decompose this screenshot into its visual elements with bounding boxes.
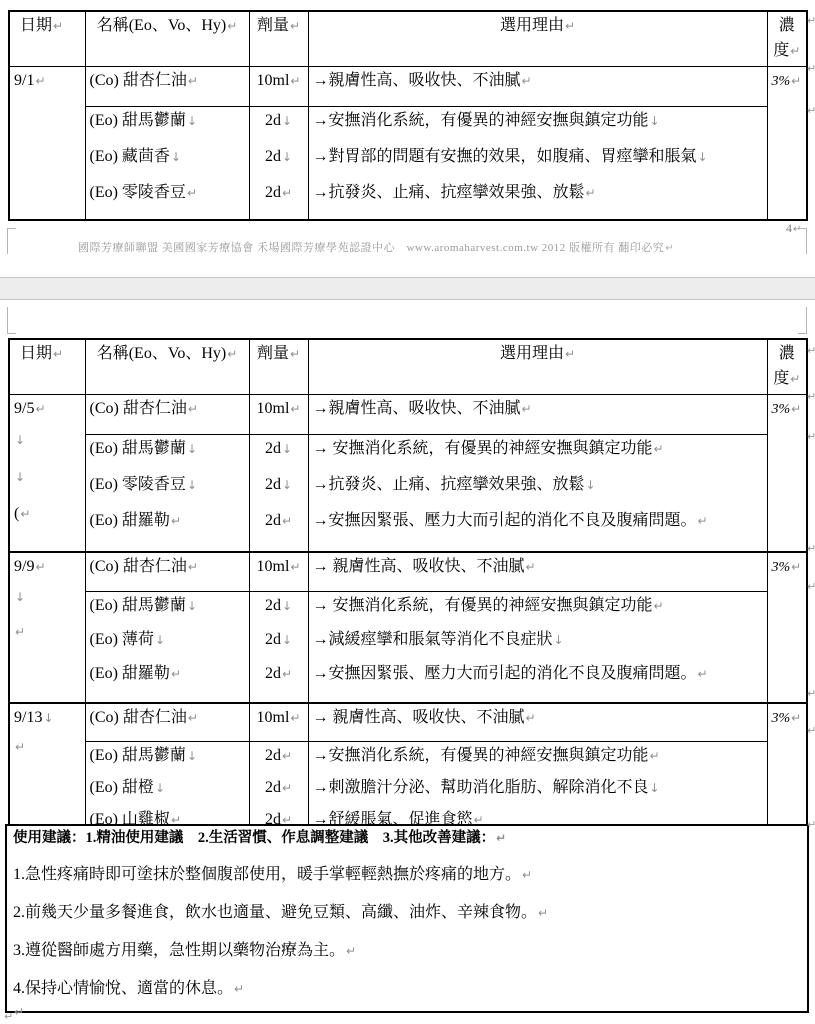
oil-dose-text: 2d (265, 747, 281, 764)
pilcrow-mark: ↵ (789, 372, 800, 386)
advice-item-1: 1.急性疼痛時即可塗抹於整個腹部使用，暖手掌輕輕熱撫於疼痛的地方。↵ (13, 863, 801, 887)
pilcrow-mark: ↵ (52, 347, 63, 361)
oil-name: (Eo) 零陵香豆↓ (90, 473, 245, 509)
header-conc-line1: 濃 (772, 342, 803, 367)
carrier-name-cell: (Co) 甜杏仁油↵ (85, 552, 249, 592)
oil-reason: → 安撫消化系統，有優異的神經安撫與鎮定功能↵ (313, 594, 763, 628)
linebreak-mark: ↓ (281, 150, 292, 164)
oil-name-text: (Eo) 藏茴香 (90, 148, 170, 165)
oil-reason: →刺激膽汁分泌、幫助消化脂肪、解除消化不良↓ (313, 776, 763, 808)
linebreak-mark: ↓ (281, 599, 292, 613)
oil-reason-text: →安撫消化系統，有優異的神經安撫與鎮定功能 (313, 747, 649, 764)
linebreak-mark: ↓ (281, 633, 292, 647)
oil-reasons-cell: → 安撫消化系統，有優異的神經安撫與鎮定功能↵ →抗發炎、止痛、抗痙攣效果強、放… (308, 434, 767, 552)
linebreak-mark: ↓ (585, 478, 596, 492)
oil-reason-text: →抗發炎、止痛、抗痙攣效果強、放鬆 (313, 476, 585, 493)
text-boundary-mark (7, 228, 16, 229)
oil-reason-text: →抗發炎、止痛、抗痙攣效果強、放鬆 (313, 184, 585, 201)
oil-reason-text: →安撫因緊張、壓力大而引起的消化不良及腹痛問題。 (313, 512, 697, 529)
pilcrow-mark: ↵ (789, 44, 800, 58)
oil-dose: 2d↓ (254, 437, 304, 473)
oil-name: (Eo) 薄荷↓ (90, 628, 245, 662)
text-boundary-mark (806, 228, 807, 254)
oil-dose: 2d↵ (254, 776, 304, 808)
pilcrow-mark: ↵ (495, 831, 506, 845)
pilcrow-mark: ↵ (170, 667, 181, 681)
oil-reason: →安撫消化系統，有優異的神經安撫與鎮定功能↵ (313, 744, 763, 776)
carrier-dose: 10ml (257, 558, 290, 575)
linebreak-mark: ↓ (649, 114, 660, 128)
oil-dose: 2d↓ (254, 145, 304, 181)
pilcrow-mark: ↵ (226, 19, 237, 33)
carrier-reason: → 親膚性高、吸收快、不油膩 (313, 558, 525, 575)
header-reason: 選用理由↵ (308, 339, 767, 394)
carrier-reason-cell: →親膚性高、吸收快、不油膩↵ (308, 66, 767, 106)
oil-dose: 2d↓ (254, 473, 304, 509)
header-conc-char: 度 (773, 42, 789, 59)
carrier-name: (Co) 甜杏仁油 (90, 558, 187, 575)
linebreak-mark: ↓ (14, 590, 25, 604)
usage-advice-box: 使用建議：1.精油使用建議 2.生活習慣、作息調整建議 3.其他改善建議：↵ 1… (5, 824, 809, 1013)
linebreak-mark: ↓ (186, 442, 197, 456)
carrier-name-cell: (Co) 甜杏仁油↵ (85, 66, 249, 106)
header-reason-label: 選用理由 (500, 345, 564, 362)
pilcrow-mark: ↵ (564, 347, 575, 361)
advice-item-text: 1.急性疼痛時即可塗抹於整個腹部使用，暖手掌輕輕熱撫於疼痛的地方。 (13, 866, 521, 883)
oil-reason: →安撫因緊張、壓力大而引起的消化不良及腹痛問題。↵ (313, 662, 763, 696)
linebreak-mark: ↓ (154, 781, 165, 795)
row-end-mark: ↵ (807, 14, 815, 27)
pilcrow-mark: ↵ (289, 19, 300, 33)
oil-reason: → 安撫消化系統，有優異的神經安撫與鎮定功能↵ (313, 437, 763, 473)
oil-names-cell: (Eo) 甜馬鬱蘭↓ (Eo) 零陵香豆↓ (Eo) 甜羅勒↵ (85, 434, 249, 552)
carrier-reason-cell: → 親膚性高、吸收快、不油膩↵ (308, 552, 767, 592)
oil-dose: 2d↵ (254, 509, 304, 545)
concentration-cell: 3%↵ (767, 394, 807, 552)
pilcrow-mark: ↵ (345, 944, 356, 958)
date-value: 9/1 (14, 72, 34, 89)
date-line: ↓ (14, 585, 81, 620)
pilcrow-mark: ↵ (4, 1010, 13, 1023)
carrier-dose-cell: 10ml↵ (249, 552, 308, 592)
date-cell: 9/9↵ ↓ ↵ (9, 552, 85, 703)
header-dose-label: 劑量 (257, 17, 289, 34)
header-concentration: 濃 度↵ (767, 339, 807, 394)
linebreak-mark: ↓ (281, 114, 292, 128)
oil-dose: 2d↓ (254, 109, 304, 145)
carrier-name: (Co) 甜杏仁油 (90, 709, 187, 726)
oil-name-text: (Eo) 甜馬鬱蘭 (90, 597, 186, 614)
footer-text: 國際芳療師聯盟 美國國家芳療協會 禾場國際芳療學苑認證中心 www.aromah… (78, 242, 664, 254)
linebreak-mark: ↓ (42, 711, 53, 725)
oil-reason-text: →減緩痙攣和脹氣等消化不良症狀 (313, 631, 553, 648)
oil-reason-text: →安撫消化系統，有優異的神經安撫與鎮定功能 (313, 112, 649, 129)
date-line: ↵ (14, 620, 81, 655)
pilcrow-mark: ↵ (19, 507, 30, 521)
table2-group2-oils-row: (Eo) 甜馬鬱蘭↓ (Eo) 薄荷↓ (Eo) 甜羅勒↵ 2d↓ 2d↓ 2d… (9, 591, 807, 703)
oil-name: (Eo) 甜橙↓ (90, 776, 245, 808)
oil-name: (Eo) 零陵香豆↵ (90, 181, 245, 217)
table1-header-row: 日期↵ 名稱(Eo、Vo、Hy)↵ 劑量↵ 選用理由↵ 濃 度↵ (9, 11, 807, 66)
oil-dose-text: 2d (265, 597, 281, 614)
pilcrow-mark: ↵ (585, 186, 596, 200)
header-conc-line1: 濃 (772, 14, 803, 39)
oil-dose-text: 2d (265, 112, 281, 129)
oil-doses-cell: 2d↓ 2d↓ 2d↵ (249, 591, 308, 703)
date-line: ↓ (14, 465, 81, 502)
carrier-reason-cell: → 親膚性高、吸收快、不油膩↵ (308, 703, 767, 742)
header-date: 日期↵ (9, 11, 85, 66)
row-end-mark: ↵ (807, 390, 815, 403)
pilcrow-mark: ↵ (790, 402, 801, 416)
concentration-value: 3% (772, 560, 791, 575)
oil-name-text: (Eo) 零陵香豆 (90, 476, 186, 493)
advice-item-2: 2.前幾天少量多餐進食，飲水也適量、避免豆類、高纖、油炸、辛辣食物。↵ (13, 901, 801, 925)
oil-reason: →安撫因緊張、壓力大而引起的消化不良及腹痛問題。↵ (313, 509, 763, 545)
pilcrow-mark: ↵ (289, 347, 300, 361)
linebreak-mark: ↓ (281, 478, 292, 492)
oil-reason-text: → 安撫消化系統，有優異的神經安撫與鎮定功能 (313, 597, 653, 614)
header-conc-char: 度 (773, 370, 789, 387)
pilcrow-mark: ↵ (14, 740, 25, 754)
oil-reason-text: → 安撫消化系統，有優異的神經安撫與鎮定功能 (313, 440, 653, 457)
oil-dose-text: 2d (265, 184, 281, 201)
oil-name-text: (Eo) 甜羅勒 (90, 512, 170, 529)
linebreak-mark: ↓ (186, 749, 197, 763)
header-reason: 選用理由↵ (308, 11, 767, 66)
carrier-dose: 10ml (257, 709, 290, 726)
pilcrow-mark: ↵ (664, 243, 674, 254)
oil-reason: →抗發炎、止痛、抗痙攣效果強、放鬆↓ (313, 473, 763, 509)
linebreak-mark: ↓ (170, 150, 181, 164)
pilcrow-mark: ↵ (790, 711, 801, 725)
pilcrow-mark: ↵ (233, 982, 244, 996)
pilcrow-mark: ↵ (525, 560, 536, 574)
oil-reason-text: →對胃部的問題有安撫的效果，如腹痛、胃痙攣和脹氣 (313, 148, 697, 165)
pilcrow-mark: ↵ (790, 74, 801, 88)
oil-dose-text: 2d (265, 476, 281, 493)
header-name-label: 名稱(Eo、Vo、Hy) (97, 17, 226, 34)
advice-trailing-paragraph: ↵ (13, 1003, 801, 1021)
carrier-reason: →親膚性高、吸收快、不油膩 (313, 72, 521, 89)
table2-group1-oils-row: (Eo) 甜馬鬱蘭↓ (Eo) 零陵香豆↓ (Eo) 甜羅勒↵ 2d↓ 2d↓ … (9, 434, 807, 552)
pilcrow-mark: ↵ (187, 74, 198, 88)
oil-name-text: (Eo) 甜橙 (90, 779, 154, 796)
header-date-label: 日期 (20, 345, 52, 362)
oil-reason-text: →刺激膽汁分泌、幫助消化脂肪、解除消化不良 (313, 779, 649, 796)
oil-reasons-cell: → 安撫消化系統，有優異的神經安撫與鎮定功能↵ →減緩痙攣和脹氣等消化不良症狀↓… (308, 591, 767, 703)
oil-name-text: (Eo) 甜羅勒 (90, 665, 170, 682)
table2-group2-carrier-row: 9/9↵ ↓ ↵ (Co) 甜杏仁油↵ 10ml↵ → 親膚性高、吸收快、不油膩… (9, 552, 807, 592)
header-name: 名稱(Eo、Vo、Hy)↵ (85, 339, 249, 394)
oil-reason: →安撫消化系統，有優異的神經安撫與鎮定功能↓ (313, 109, 763, 145)
date-cell: 9/1↵ (9, 66, 85, 220)
concentration-cell: 3%↵ (767, 66, 807, 220)
linebreak-mark: ↓ (281, 442, 292, 456)
oil-doses-cell: 2d↓ 2d↓ 2d↵ (249, 106, 308, 220)
row-end-mark: ↵ (807, 104, 815, 117)
pilcrow-mark: ↵ (281, 514, 292, 528)
pilcrow-mark: ↵ (52, 19, 63, 33)
pilcrow-mark: ↵ (186, 186, 197, 200)
oil-name-text: (Eo) 甜馬鬱蘭 (90, 747, 186, 764)
carrier-dose: 10ml (257, 72, 290, 89)
advice-item-4: 4.保持心情愉悅、適當的休息。↵ (13, 977, 801, 1001)
pilcrow-mark: ↵ (187, 402, 198, 416)
linebreak-mark: ↓ (553, 633, 564, 647)
header-conc-line2: 度↵ (772, 39, 803, 64)
pilcrow-mark: ↵ (289, 711, 300, 725)
pilcrow-mark: ↵ (14, 625, 25, 639)
advice-item-3: 3.遵從醫師處方用藥，急性期以藥物治療為主。↵ (13, 939, 801, 963)
carrier-reason: →親膚性高、吸收快、不油膩 (313, 400, 521, 417)
oil-dose-text: 2d (265, 779, 281, 796)
pilcrow-mark: ↵ (289, 560, 300, 574)
carrier-reason: → 親膚性高、吸收快、不油膩 (313, 709, 525, 726)
oil-reason: →減緩痙攣和脹氣等消化不良症狀↓ (313, 628, 763, 662)
oil-dose-text: 2d (265, 148, 281, 165)
header-date: 日期↵ (9, 339, 85, 394)
header-name: 名稱(Eo、Vo、Hy)↵ (85, 11, 249, 66)
oil-name-text: (Eo) 甜馬鬱蘭 (90, 440, 186, 457)
row-end-mark: ↵ (807, 818, 815, 831)
header-dose-label: 劑量 (257, 345, 289, 362)
oil-reason: →對胃部的問題有安撫的效果，如腹痛、胃痙攣和脹氣↓ (313, 145, 763, 181)
linebreak-mark: ↓ (186, 599, 197, 613)
date-value: 9/9 (14, 558, 34, 575)
carrier-name-cell: (Co) 甜杏仁油↵ (85, 703, 249, 742)
table2-group1-carrier-row: 9/5↵ ↓ ↓ (↵ (Co) 甜杏仁油↵ 10ml↵ →親膚性高、吸收快、不… (9, 394, 807, 434)
carrier-name: (Co) 甜杏仁油 (90, 72, 187, 89)
pilcrow-mark: ↵ (34, 560, 45, 574)
pilcrow-mark: ↵ (521, 74, 532, 88)
pilcrow-mark: ↵ (697, 514, 708, 528)
carrier-dose-cell: 10ml↵ (249, 66, 308, 106)
concentration-cell: 3%↵ (767, 552, 807, 703)
carrier-name: (Co) 甜杏仁油 (90, 400, 187, 417)
oil-name-text: (Eo) 薄荷 (90, 631, 154, 648)
text-boundary-mark (7, 333, 16, 334)
advice-item-text: 4.保持心情愉悅、適當的休息。 (13, 980, 233, 997)
pilcrow-mark: ↵ (226, 347, 237, 361)
pilcrow-mark: ↵ (653, 599, 664, 613)
row-end-mark: ↵ (807, 344, 815, 357)
date-line: ↓ (14, 428, 81, 465)
carrier-dose: 10ml (257, 400, 290, 417)
oil-name: (Eo) 甜馬鬱蘭↓ (90, 744, 245, 776)
oil-name: (Eo) 甜馬鬱蘭↓ (90, 594, 245, 628)
oil-name-text: (Eo) 零陵香豆 (90, 184, 186, 201)
oil-reasons-cell: →安撫消化系統，有優異的神經安撫與鎮定功能↓ →對胃部的問題有安撫的效果，如腹痛… (308, 106, 767, 220)
linebreak-mark: ↓ (697, 150, 708, 164)
linebreak-mark: ↓ (154, 633, 165, 647)
pilcrow-mark: ↵ (653, 442, 664, 456)
header-concentration: 濃 度↵ (767, 11, 807, 66)
text-boundary-mark (7, 307, 8, 333)
oil-reason: →抗發炎、止痛、抗痙攣效果強、放鬆↵ (313, 181, 763, 217)
header-reason-label: 選用理由 (500, 17, 564, 34)
page-footer: 國際芳療師聯盟 美國國家芳療協會 禾場國際芳療學苑認證中心 www.aromah… (78, 239, 758, 255)
advice-item-text: 2.前幾天少量多餐進食，飲水也適量、避免豆類、高纖、油炸、辛辣食物。 (13, 904, 537, 921)
oil-table-page2: 日期↵ 名稱(Eo、Vo、Hy)↵ 劑量↵ 選用理由↵ 濃 度↵ 9/5↵ ↓ … (8, 338, 808, 848)
pilcrow-mark: ↵ (281, 667, 292, 681)
row-end-mark: ↵ (807, 724, 815, 737)
oil-dose-text: 2d (265, 512, 281, 529)
date-line: ↵ (14, 735, 81, 768)
concentration-value: 3% (772, 402, 791, 417)
page-number: 4↵ (786, 221, 801, 236)
oil-name: (Eo) 甜馬鬱蘭↓ (90, 437, 245, 473)
pilcrow-mark: ↵ (13, 1005, 24, 1019)
carrier-name-cell: (Co) 甜杏仁油↵ (85, 394, 249, 434)
table2-group3-carrier-row: 9/13↓ ↵ (Co) 甜杏仁油↵ 10ml↵ → 親膚性高、吸收快、不油膩↵… (9, 703, 807, 742)
date-value: 9/5 (14, 400, 34, 417)
pilcrow-mark: ↵ (697, 667, 708, 681)
oil-dose-text: 2d (265, 631, 281, 648)
oil-dose: 2d↓ (254, 594, 304, 628)
header-dose: 劑量↵ (249, 339, 308, 394)
date-line: 9/9↵ (14, 555, 81, 585)
row-end-mark: ↵ (807, 430, 815, 443)
pilcrow-mark: ↵ (187, 711, 198, 725)
pilcrow-mark: ↵ (649, 749, 660, 763)
text-boundary-mark (7, 228, 8, 254)
table1-group1-carrier-row: 9/1↵ (Co) 甜杏仁油↵ 10ml↵ →親膚性高、吸收快、不油膩↵ 3%↵ (9, 66, 807, 106)
header-dose: 劑量↵ (249, 11, 308, 66)
table2-header-row: 日期↵ 名稱(Eo、Vo、Hy)↵ 劑量↵ 選用理由↵ 濃 度↵ (9, 339, 807, 394)
pilcrow-mark: ↵ (281, 781, 292, 795)
row-end-mark: ↵ (807, 542, 815, 555)
oil-dose-text: 2d (265, 440, 281, 457)
row-end-mark: ↵ (807, 687, 815, 700)
date-line: 9/13↓ (14, 706, 81, 735)
header-date-label: 日期 (20, 17, 52, 34)
pilcrow-mark: ↵ (792, 224, 801, 235)
page-break-gap (0, 277, 815, 300)
date-line: 9/5↵ (14, 397, 81, 428)
linebreak-mark: ↓ (649, 781, 660, 795)
oil-reason-text: →安撫因緊張、壓力大而引起的消化不良及腹痛問題。 (313, 665, 697, 682)
text-boundary-mark (806, 307, 807, 333)
pilcrow-mark: ↵ (170, 514, 181, 528)
pilcrow-mark: ↵ (281, 186, 292, 200)
pilcrow-mark: ↵ (564, 19, 575, 33)
oil-name: (Eo) 甜羅勒↵ (90, 662, 245, 696)
oil-dose: 2d↵ (254, 181, 304, 217)
linebreak-mark: ↓ (14, 470, 25, 484)
oil-name: (Eo) 藏茴香↓ (90, 145, 245, 181)
pilcrow-mark: ↵ (525, 711, 536, 725)
word-document-page-view: 日期↵ 名稱(Eo、Vo、Hy)↵ 劑量↵ 選用理由↵ 濃 度↵ 9/1↵ (C… (0, 0, 815, 1024)
row-end-mark: ↵ (807, 580, 815, 593)
text-boundary-mark (798, 333, 807, 334)
carrier-dose-cell: 10ml↵ (249, 394, 308, 434)
oil-dose: 2d↓ (254, 628, 304, 662)
pilcrow-mark: ↵ (537, 906, 548, 920)
oil-table-page1: 日期↵ 名稱(Eo、Vo、Hy)↵ 劑量↵ 選用理由↵ 濃 度↵ 9/1↵ (C… (8, 10, 808, 221)
carrier-dose-cell: 10ml↵ (249, 703, 308, 742)
header-name-label: 名稱(Eo、Vo、Hy) (97, 345, 226, 362)
oil-name-text: (Eo) 甜馬鬱蘭 (90, 112, 186, 129)
table1-group1-oils-row: (Eo) 甜馬鬱蘭↓ (Eo) 藏茴香↓ (Eo) 零陵香豆↵ 2d↓ 2d↓ … (9, 106, 807, 220)
pilcrow-mark: ↵ (790, 560, 801, 574)
date-line: (↵ (14, 502, 81, 539)
pilcrow-mark: ↵ (187, 560, 198, 574)
oil-doses-cell: 2d↓ 2d↓ 2d↵ (249, 434, 308, 552)
pilcrow-mark: ↵ (34, 402, 45, 416)
linebreak-mark: ↓ (14, 433, 25, 447)
pilcrow-mark: ↵ (289, 402, 300, 416)
linebreak-mark: ↓ (186, 114, 197, 128)
pilcrow-mark: ↵ (281, 749, 292, 763)
advice-title: 使用建議：1.精油使用建議 2.生活習慣、作息調整建議 3.其他改善建議：↵ (13, 827, 801, 849)
oil-name: (Eo) 甜羅勒↵ (90, 509, 245, 545)
date-cell: 9/5↵ ↓ ↓ (↵ (9, 394, 85, 552)
oil-dose: 2d↵ (254, 662, 304, 696)
linebreak-mark: ↓ (186, 478, 197, 492)
pilcrow-mark: ↵ (289, 74, 300, 88)
row-end-mark: ↵ (807, 62, 815, 75)
carrier-reason-cell: →親膚性高、吸收快、不油膩↵ (308, 394, 767, 434)
advice-title-text: 使用建議：1.精油使用建議 2.生活習慣、作息調整建議 3.其他改善建議： (13, 830, 495, 846)
oil-dose: 2d↵ (254, 744, 304, 776)
advice-item-text: 3.遵從醫師處方用藥，急性期以藥物治療為主。 (13, 942, 345, 959)
pilcrow-mark: ↵ (34, 74, 45, 88)
concentration-value: 3% (772, 74, 791, 89)
concentration-value: 3% (772, 711, 791, 726)
date-value: 9/13 (14, 709, 42, 726)
oil-names-cell: (Eo) 甜馬鬱蘭↓ (Eo) 薄荷↓ (Eo) 甜羅勒↵ (85, 591, 249, 703)
oil-name: (Eo) 甜馬鬱蘭↓ (90, 109, 245, 145)
pilcrow-mark: ↵ (521, 402, 532, 416)
oil-names-cell: (Eo) 甜馬鬱蘭↓ (Eo) 藏茴香↓ (Eo) 零陵香豆↵ (85, 106, 249, 220)
pilcrow-mark: ↵ (521, 868, 532, 882)
header-conc-line2: 度↵ (772, 367, 803, 392)
oil-dose-text: 2d (265, 665, 281, 682)
